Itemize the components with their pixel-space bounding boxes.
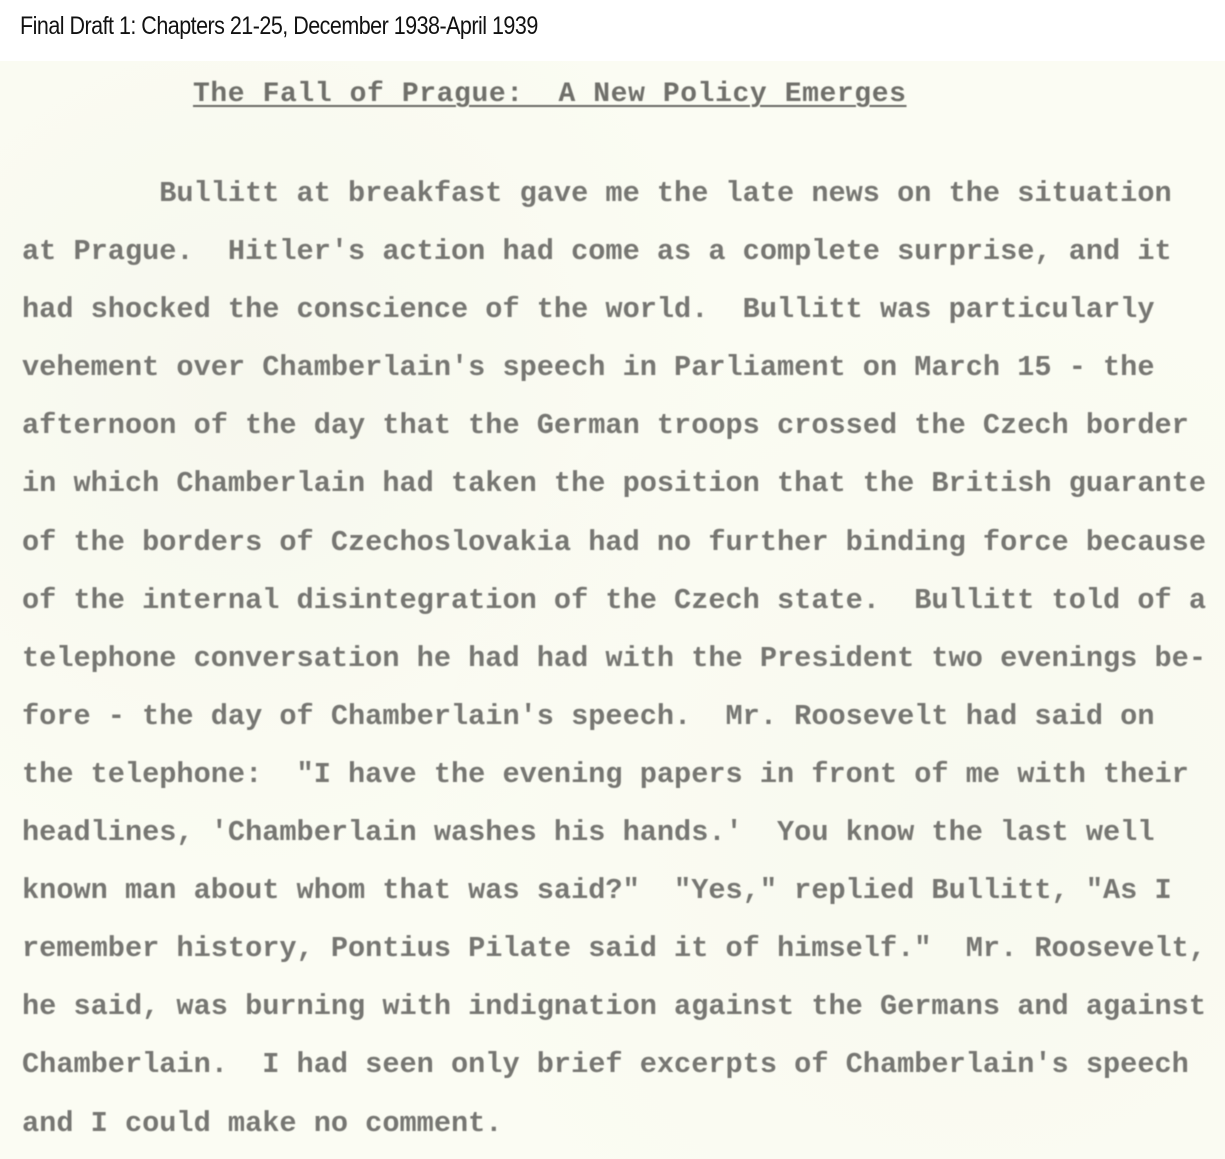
text-line: the telephone: "I have the evening paper…	[22, 753, 1206, 811]
text-line: at Prague. Hitler's action had come as a…	[22, 230, 1206, 288]
scanned-document-page: The Fall of Prague: A New Policy Emerges…	[0, 61, 1225, 1159]
text-line: headlines, 'Chamberlain washes his hands…	[22, 811, 1206, 869]
text-line: remember history, Pontius Pilate said it…	[22, 927, 1206, 985]
text-line: and I could make no comment.	[22, 1102, 1206, 1159]
text-line: Chamberlain. I had seen only brief excer…	[22, 1043, 1206, 1101]
text-line: known man about whom that was said?" "Ye…	[22, 869, 1206, 927]
text-line: of the borders of Czechoslovakia had no …	[22, 521, 1206, 579]
text-line: in which Chamberlain had taken the posit…	[22, 462, 1206, 520]
text-line: of the internal disintegration of the Cz…	[22, 579, 1206, 637]
text-line: vehement over Chamberlain's speech in Pa…	[22, 346, 1206, 404]
document-body: Bullitt at breakfast gave me the late ne…	[22, 172, 1206, 1159]
text-line: had shocked the conscience of the world.…	[22, 288, 1206, 346]
page-header-title: Final Draft 1: Chapters 21-25, December …	[20, 8, 538, 48]
document-title: The Fall of Prague: A New Policy Emerges	[193, 77, 907, 113]
text-line: he said, was burning with indignation ag…	[22, 985, 1206, 1043]
text-line: fore - the day of Chamberlain's speech. …	[22, 695, 1206, 753]
text-line: telephone conversation he had had with t…	[22, 637, 1206, 695]
text-line: Bullitt at breakfast gave me the late ne…	[22, 172, 1206, 230]
text-line: afternoon of the day that the German tro…	[22, 404, 1206, 462]
